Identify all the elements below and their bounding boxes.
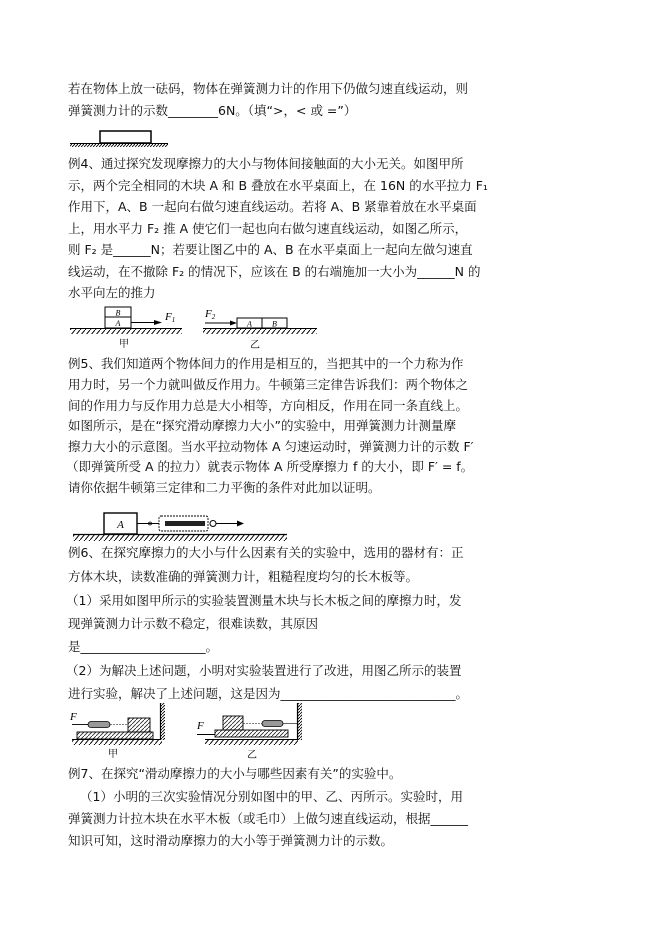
text-line: 用力时，另一个力就叫做反作用力。牛顿第三定律告诉我们：两个物体之 bbox=[68, 375, 442, 395]
text-line: 擦力大小的示意图。当水平拉动物体 A 匀速运动时，弹簧测力计的示数 F′ bbox=[68, 437, 442, 457]
text-line: 如图所示，是在“探究滑动摩擦力大小”的实验中，用弹簧测力计测量摩 bbox=[68, 416, 442, 436]
question-2-line: （2）为解决上述问题，小明对实验装置进行了改进，用图乙所示的装置 bbox=[66, 661, 440, 681]
text-line: 间的作用力与反作用力总是大小相等，方向相反，作用在同一条直线上。 bbox=[68, 396, 442, 416]
long-board bbox=[215, 730, 288, 737]
ground-hatch bbox=[73, 535, 287, 541]
text-line: 若在物体上放一砝码，物体在弹簧测力计的作用下仍做匀速直线运动，则 bbox=[68, 79, 442, 99]
ground-hatch bbox=[72, 740, 162, 745]
force-f-label: F bbox=[69, 711, 77, 723]
text-line: 水平向左的推力 bbox=[68, 283, 156, 303]
example-4-heading-line: 例4、通过探究发现摩擦力的大小与物体间接触面的大小无关。如图甲所 bbox=[68, 154, 442, 174]
figure-caption-jia: 甲 bbox=[108, 748, 118, 760]
force-f-label: F bbox=[196, 720, 204, 732]
block-a-label: A bbox=[115, 319, 121, 328]
force-f1-label: F1 bbox=[164, 311, 175, 324]
text-line: 请你依据牛顿第三定律和二力平衡的条件对此加以证明。 bbox=[68, 478, 381, 498]
text-line: 作用下，A、B 一起向右做匀速直线运动。若将 A、B 紧靠着放在水平桌面 bbox=[68, 197, 442, 217]
block-a bbox=[237, 318, 262, 328]
text-line: 知识可知，这时滑动摩擦力的大小等于弹簧测力计的示数。 bbox=[68, 831, 393, 851]
spring-scale-spring bbox=[165, 521, 205, 526]
block-a-label: A bbox=[246, 320, 252, 329]
block-b bbox=[262, 318, 287, 328]
figure-ex6-jia: F 甲 bbox=[69, 703, 165, 760]
figure-caption-jia: 甲 bbox=[119, 338, 129, 350]
ground-hatch bbox=[70, 329, 182, 334]
wall-hatch bbox=[298, 703, 302, 740]
spring-scale bbox=[262, 721, 283, 727]
block-a-label: A bbox=[116, 519, 124, 531]
wall-hatch bbox=[161, 703, 165, 740]
block-a bbox=[104, 513, 137, 534]
long-board bbox=[77, 732, 153, 739]
ground-hatch bbox=[70, 144, 168, 147]
example-6-heading-line: 例6、在探究摩擦力的大小与什么因素有关的实验中，选用的器材有：正 bbox=[68, 543, 442, 563]
force-f2-label: F2 bbox=[204, 308, 216, 321]
figure-block-on-surface bbox=[70, 131, 168, 147]
text-line-with-blank: 弹簧测力计的示数________6N。（填“>，< 或 =”） bbox=[68, 101, 356, 121]
text-line-with-blank: 线运动，在不撤除 F₂ 的情况下，应该在 B 的右端施加一大小为______N … bbox=[68, 262, 442, 282]
wood-block bbox=[223, 716, 243, 730]
question-1-line: （1）采用如图甲所示的实验装置测量木块与长木板之间的摩擦力时，发 bbox=[66, 591, 440, 611]
example-5-heading-line: 例5、我们知道两个物体间力的作用是相互的，当把其中的一个力称为作 bbox=[68, 354, 442, 374]
ground-hatch bbox=[205, 740, 298, 745]
figure-caption-yi: 乙 bbox=[247, 749, 257, 761]
answer-blank-line: 进行实验，解决了上述问题，这是因为_______________________… bbox=[68, 684, 468, 704]
figure-ex6-yi: F 乙 bbox=[196, 703, 302, 761]
figure-ex4-yi: F2 A B 乙 bbox=[203, 308, 317, 351]
arrow-right-icon bbox=[237, 521, 244, 527]
text-line-with-blank: 则 F₂ 是______N；若要让图乙中的 A、B 在水平桌面上一起向左做匀速直 bbox=[68, 240, 442, 260]
block-b bbox=[105, 307, 131, 317]
question-1-line: （1）小明的三次实验情况分别如图中的甲、乙、丙所示。实验时，用 bbox=[80, 787, 442, 807]
text-line: 上，用水平力 F₂ 推 A 使它们一起也向右做匀速直线运动，如图乙所示， bbox=[68, 219, 442, 239]
spring-scale-ring bbox=[210, 521, 216, 527]
ground-hatch bbox=[203, 329, 317, 334]
figure-caption-yi: 乙 bbox=[250, 339, 260, 351]
text-line: 示，两个完全相同的木块 A 和 B 叠放在水平桌面上，在 16N 的水平拉力 F… bbox=[68, 176, 442, 196]
spring-scale bbox=[88, 722, 110, 728]
figure-ex5-spring-scale: A bbox=[73, 513, 287, 541]
spring-scale-body bbox=[159, 516, 208, 531]
answer-blank-line: 是____________________。 bbox=[68, 637, 218, 657]
arrow-right-icon bbox=[230, 321, 237, 326]
example-7-heading-line: 例7、在探究“滑动摩擦力的大小与哪些因素有关”的实验中。 bbox=[68, 764, 401, 784]
text-line: （即弹簧所受 A 的拉力）就表示物体 A 所受摩擦力 f 的大小，即 F′ = … bbox=[66, 457, 440, 477]
text-line: 现弹簧测力计示数不稳定，很难读数，其原因 bbox=[68, 614, 318, 634]
text-line: 方体木块，读数准确的弹簧测力计，粗糙程度均匀的长木板等。 bbox=[68, 567, 418, 587]
text-line-with-blank: 弹簧测力计拉木块在水平木板（或毛巾）上做匀速直线运动，根据______ bbox=[68, 809, 442, 829]
block-b-label: B bbox=[272, 320, 277, 329]
block bbox=[100, 131, 151, 143]
arrow-right-icon bbox=[154, 320, 162, 325]
hook bbox=[149, 522, 152, 525]
wood-block bbox=[128, 718, 150, 732]
figure-ex4-jia: B A F1 甲 bbox=[70, 307, 182, 350]
block-a bbox=[105, 317, 131, 328]
block-b-label: B bbox=[116, 309, 121, 318]
